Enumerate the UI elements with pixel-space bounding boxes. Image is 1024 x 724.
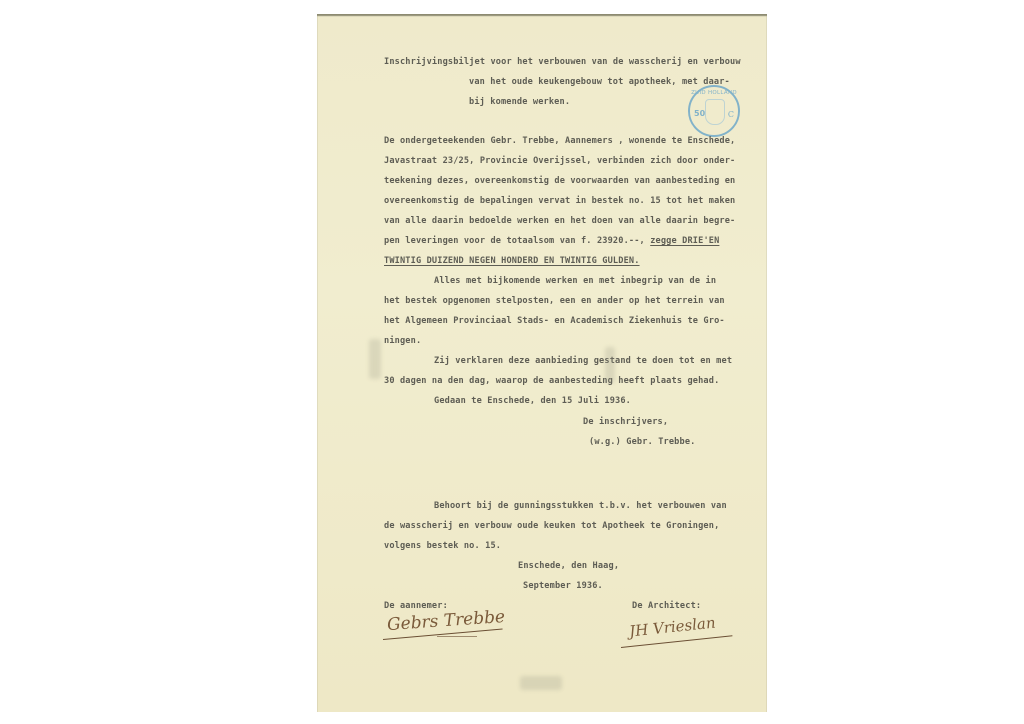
amount-prefix: pen leveringen voor de totaalsom van f. … xyxy=(384,236,650,246)
architect-signature: JH Vrieslan xyxy=(628,614,716,641)
title-line-3: bij komende werken. xyxy=(469,97,570,107)
body-line: Zij verklaren deze aanbieding gestand te… xyxy=(434,356,732,366)
paper-smudge xyxy=(605,347,615,383)
paper-smudge xyxy=(369,339,381,379)
body-line: Alles met bijkomende werken en met inbeg… xyxy=(434,276,716,286)
signers-label: De inschrijvers, xyxy=(583,417,668,427)
signers-name: (w.g.) Gebr. Trebbe. xyxy=(589,437,695,447)
stamp-unit: C xyxy=(728,110,734,119)
contractor-signature-underline xyxy=(437,636,477,637)
appendix-date: September 1936. xyxy=(523,581,603,591)
body-line: Javastraat 23/25, Provincie Overijssel, … xyxy=(384,156,735,166)
body-line: 30 dagen na den dag, waarop de aanbested… xyxy=(384,376,719,386)
appendix-line: de wasscherij en verbouw oude keuken tot… xyxy=(384,521,719,531)
place-date: Gedaan te Enschede, den 15 Juli 1936. xyxy=(434,396,631,406)
stamp-top-text: ZUID HOLLAND xyxy=(690,90,738,96)
tax-stamp: ZUID HOLLAND 50 C xyxy=(688,85,740,137)
contractor-label: De aannemer: xyxy=(384,601,448,611)
appendix-place: Enschede, den Haag, xyxy=(518,561,619,571)
title-line-2: van het oude keukengebouw tot apotheek, … xyxy=(469,77,730,87)
body-line: ningen. xyxy=(384,336,421,346)
title-line-1: Inschrijvingsbiljet voor het verbouwen v… xyxy=(384,57,741,67)
architect-label: De Architect: xyxy=(632,601,701,611)
amount-words-line: TWINTIG DUIZEND NEGEN HONDERD EN TWINTIG… xyxy=(384,256,640,266)
body-line: het bestek opgenomen stelposten, een en … xyxy=(384,296,725,306)
body-line: teekening dezes, overeenkomstig de voorw… xyxy=(384,176,735,186)
contractor-signature: Gebrs Trebbe xyxy=(386,607,505,635)
appendix-line: volgens bestek no. 15. xyxy=(384,541,501,551)
body-line: het Algemeen Provinciaal Stads- en Acade… xyxy=(384,316,725,326)
document-page: Inschrijvingsbiljet voor het verbouwen v… xyxy=(317,14,767,712)
amount-words-start: zegge DRIE'EN xyxy=(650,236,719,246)
body-line: overeenkomstig de bepalingen vervat in b… xyxy=(384,196,735,206)
amount-line: pen leveringen voor de totaalsom van f. … xyxy=(384,236,719,246)
appendix-line: Behoort bij de gunningsstukken t.b.v. he… xyxy=(434,501,727,511)
crown-icon xyxy=(705,99,725,125)
body-line: De ondergeteekenden Gebr. Trebbe, Aannem… xyxy=(384,136,735,146)
paper-smudge xyxy=(520,676,562,690)
body-line: van alle daarin bedoelde werken en het d… xyxy=(384,216,735,226)
stamp-value: 50 xyxy=(694,109,705,118)
